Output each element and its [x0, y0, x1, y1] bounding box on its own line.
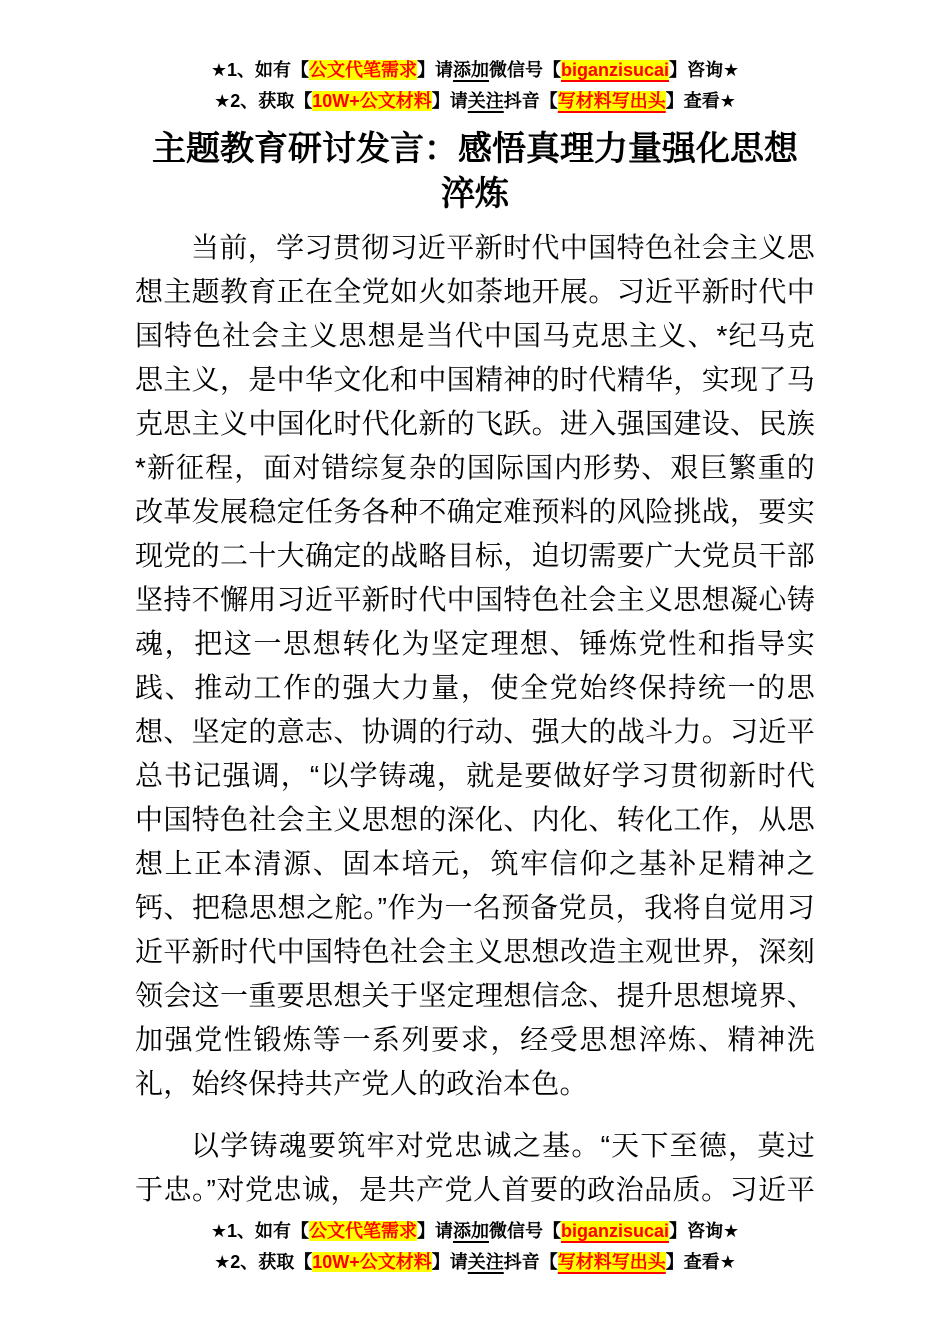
notice-segment-plain: 】查看★ — [666, 1252, 736, 1272]
header-notice: ★1、如有【公文代笔需求】请添加微信号【biganzisucai】咨询★ ★2、… — [135, 55, 815, 117]
notice-segment-plain: 】咨询★ — [669, 60, 739, 80]
footer-notice-line-1: ★1、如有【公文代笔需求】请添加微信号【biganzisucai】咨询★ — [135, 1216, 815, 1247]
notice-segment-plain: ★2、获取【 — [214, 91, 312, 111]
notice-segment-plain: 】咨询★ — [669, 1221, 739, 1241]
notice-segment-plain: 】请 — [432, 91, 468, 111]
header-notice-line-2: ★2、获取【10W+公文材料】请关注抖音【写材料写出头】查看★ — [135, 86, 815, 117]
notice-segment-red-highlight: 公文代笔需求 — [309, 1221, 417, 1241]
notice-segment-underline: 关注 — [468, 1252, 504, 1272]
notice-segment-plain: 】请 — [417, 1221, 453, 1241]
notice-segment-red-highlight-underline: biganzisucai — [561, 1221, 669, 1241]
notice-segment-plain: ★2、获取【 — [214, 1252, 312, 1272]
notice-segment-plain: 】请 — [417, 60, 453, 80]
document-page: ★1、如有【公文代笔需求】请添加微信号【biganzisucai】咨询★ ★2、… — [0, 0, 950, 1344]
notice-segment-red-highlight-underline: 写材料写出头 — [558, 91, 666, 111]
footer-notice: ★1、如有【公文代笔需求】请添加微信号【biganzisucai】咨询★ ★2、… — [135, 1216, 815, 1278]
body-paragraph-2: 以学铸魂要筑牢对党忠诚之基。“天下至德，莫过于忠。”对党忠诚，是共产党人首要的政… — [135, 1124, 815, 1216]
notice-segment-plain: 微信号【 — [489, 1221, 561, 1241]
notice-segment-plain: ★1、如有【 — [211, 60, 309, 80]
notice-segment-underline: 添加 — [453, 60, 489, 80]
notice-segment-red-highlight-underline: biganzisucai — [561, 60, 669, 80]
notice-segment-plain: ★1、如有【 — [211, 1221, 309, 1241]
header-notice-line-1: ★1、如有【公文代笔需求】请添加微信号【biganzisucai】咨询★ — [135, 55, 815, 86]
document-title: 主题教育研讨发言：感悟真理力量强化思想淬炼 — [139, 127, 811, 217]
document-body: 当前，学习贯彻习近平新时代中国特色社会主义思想主题教育正在全党如火如荼地开展。习… — [135, 226, 815, 1216]
notice-segment-underline: 关注 — [468, 91, 504, 111]
notice-segment-plain: 】请 — [432, 1252, 468, 1272]
notice-segment-red-highlight: 公文代笔需求 — [309, 60, 417, 80]
notice-segment-red-highlight: 10W+公文材料 — [312, 1252, 432, 1272]
body-paragraph-1: 当前，学习贯彻习近平新时代中国特色社会主义思想主题教育正在全党如火如荼地开展。习… — [135, 226, 815, 1106]
notice-segment-underline: 添加 — [453, 1221, 489, 1241]
notice-segment-plain: 抖音【 — [504, 91, 558, 111]
notice-segment-red-highlight: 10W+公文材料 — [312, 91, 432, 111]
footer-notice-line-2: ★2、获取【10W+公文材料】请关注抖音【写材料写出头】查看★ — [135, 1247, 815, 1278]
notice-segment-red-highlight-underline: 写材料写出头 — [558, 1252, 666, 1272]
notice-segment-plain: 】查看★ — [666, 91, 736, 111]
notice-segment-plain: 抖音【 — [504, 1252, 558, 1272]
notice-segment-plain: 微信号【 — [489, 60, 561, 80]
